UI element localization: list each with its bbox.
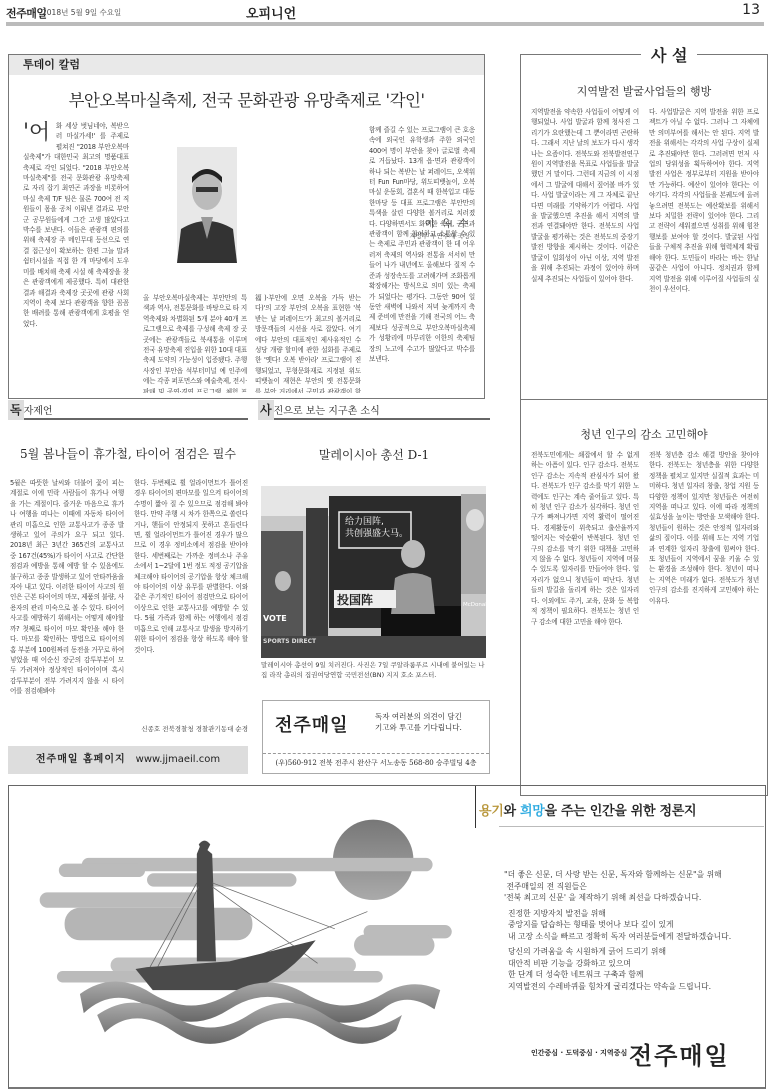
editorial-box: 사 설 지역발전 발굴사업들의 행방 지역발전을 약속한 사업들이 어떻게 이행… — [520, 54, 768, 400]
newspaper-ad: 용기와 희망을 주는 인간을 위한 정론지 "더 좋은 신문, 더 사랑 받는 … — [8, 785, 766, 1089]
ad-pledge-para-1: "더 좋은 신문, 더 사랑 받는 신문, 독자와 함께하는 신문"을 위해 전… — [504, 869, 731, 904]
today-column-title: 부안오복마실축제, 전국 문화관광 유망축제로 '각인' — [9, 87, 484, 111]
homepage-url[interactable]: www.jjmaeil.com — [136, 754, 220, 765]
world-photo-title: 말레이시아 총선 D-1 — [258, 446, 490, 463]
billboard-scene-icon — [261, 486, 486, 658]
today-column-label: 투데이 칼럼 — [9, 55, 484, 75]
author-photo — [177, 147, 237, 263]
reader-opinion-signature: 신종호 전북경찰청 경찰관기동대 순경 — [134, 724, 248, 733]
sports-sign: SPORTS DIRECT — [263, 638, 316, 645]
reader-opinion-cap: 독 — [8, 400, 24, 420]
editorial-1-col2: 다. 사업발굴은 지역 발전을 위한 프로젝트가 아닐 수 없다. 그러나 그 … — [649, 107, 759, 393]
dropcap: '어 — [23, 122, 50, 144]
ad-slogan-rule — [499, 826, 764, 827]
reader-opinion-header: 독자제언 — [8, 400, 248, 420]
today-column-col4: 함께 즐길 수 있는 프로그램이 큰 호응 속에 외국인 유학생과 주한 외국인… — [369, 125, 475, 393]
editorial-box-2: 청년 인구의 감소 고민해야 전북도민에게는 쇄잡에서 할 수 없게 하는 아픔… — [520, 400, 768, 796]
editorial-2-col1: 전북도민에게는 쇄잡에서 할 수 없게 하는 아픔이 있다. 인구 감소다. 전… — [531, 450, 639, 786]
reader-opinion-label: 자제언 — [24, 406, 53, 417]
author-portrait-icon — [177, 147, 237, 263]
section-title: 오피니언 — [246, 3, 296, 22]
ship-illustration-icon — [9, 786, 469, 1086]
submission-logo: 전주매일 — [275, 711, 349, 737]
editorial-2-col2: 전북 청년층 감소 해결 방안을 찾아야 한다. 전북도는 청년층을 위한 다양… — [649, 450, 759, 786]
reader-opinion-col2: 한다. 두번째로 휠 얼라이먼트가 틀어진 경우 타이어의 편마모를 일으켜 타… — [134, 478, 248, 722]
world-photo-header: 사진으로 보는 지구촌 소식 — [258, 400, 490, 420]
ad-divider — [475, 786, 476, 828]
poster-vote: VOTE — [263, 614, 287, 623]
ad-motto: 인간중심 · 도덕중심 · 지역중심 — [531, 1048, 627, 1058]
today-column: 투데이 칼럼 부안오복마실축제, 전국 문화관광 유망축제로 '각인' '어화 … — [8, 54, 485, 399]
world-photo-cap: 사 — [258, 400, 274, 420]
paper-name: 전주매일 — [6, 5, 47, 21]
editorial-1-col1: 지역발전을 약속한 사업들이 어떻게 이행되었나. 사업 발굴과 함께 청사진 … — [531, 107, 639, 393]
today-column-col2: 올 부안오복마실축제는 부안만의 특색과 역사, 전통문화를 바탕으로 타 지역… — [143, 293, 247, 393]
page-number: 13 — [742, 2, 760, 18]
ad-pledge-para-3: 당신의 가려움을 속 시원하게 긁어 드리기 위해 대안적 비판 기능을 강화하… — [504, 946, 731, 992]
ad-pledge-para-2: 진정한 지방자치 발전을 위해 중앙지를 답습하는 형태를 벗어나 보다 깊이 … — [504, 908, 731, 943]
editorial-title-2: 청년 인구의 감소 고민해야 — [521, 426, 767, 442]
submission-address: (우)560-912 전북 전주시 완산구 서노송동 568-80 승주빌딩 4… — [263, 753, 489, 768]
today-column-col3: 福)·부안에 오면 오복을 가득 받는다)'의 고장 부안의 오복을 표현한 '… — [255, 293, 361, 393]
news-photo: 给力国阵, 共创强盛大马。 投国阵 VOTE SPORTS DIRECT McD… — [261, 486, 486, 658]
reader-opinion-col1: 5월은 따뜻한 날씨와 더불어 꽃이 피는 계절로 이에 민락 사람들이 휴가나… — [10, 478, 124, 740]
submission-box: 전주매일 독자 여러분의 의견이 담긴 기고와 투고를 기다립니다. (우)56… — [262, 700, 490, 774]
poster-banner: 投国阵 — [337, 591, 373, 608]
editorial-label: 사 설 — [641, 43, 697, 66]
ad-slogan: 용기와 희망을 주는 인간을 위한 정론지 — [479, 800, 696, 819]
issue-date: 2018년 5월 9일 수요일 — [42, 7, 121, 18]
ad-pledge: "더 좋은 신문, 더 사랑 받는 신문, 독자와 함께하는 신문"을 위해 전… — [504, 869, 731, 996]
submission-text: 독자 여러분의 의견이 담긴 기고와 투고를 기다립니다. — [375, 711, 462, 733]
today-column-col1: '어화 세상 벗님네야, 복받으러 마실가세!' 를 주제로 펼쳐진 "2018… — [23, 121, 129, 391]
homepage-bar[interactable]: 전주매일 홈페이지www.jjmaeil.com — [8, 746, 248, 774]
editorial-title-1: 지역발전 발굴사업들의 행방 — [521, 83, 767, 99]
photo-caption: 말레이시아 총선이 9일 치러진다. 사진은 7일 쿠알라룸푸르 시내에 붙어있… — [261, 660, 489, 680]
homepage-label: 전주매일 홈페이지 — [36, 754, 126, 765]
masthead-rule — [6, 22, 764, 26]
ad-logo: 전주매일 — [629, 1036, 730, 1071]
poster-slogan: 给力国阵, 共创强盛大马。 — [345, 516, 408, 540]
reader-opinion-title: 5월 봄나들이 휴가철, 타이어 점검은 필수 — [8, 445, 248, 462]
store-sign: McDonald's — [463, 602, 486, 608]
world-photo-label: 진으로 보는 지구촌 소식 — [274, 406, 380, 417]
